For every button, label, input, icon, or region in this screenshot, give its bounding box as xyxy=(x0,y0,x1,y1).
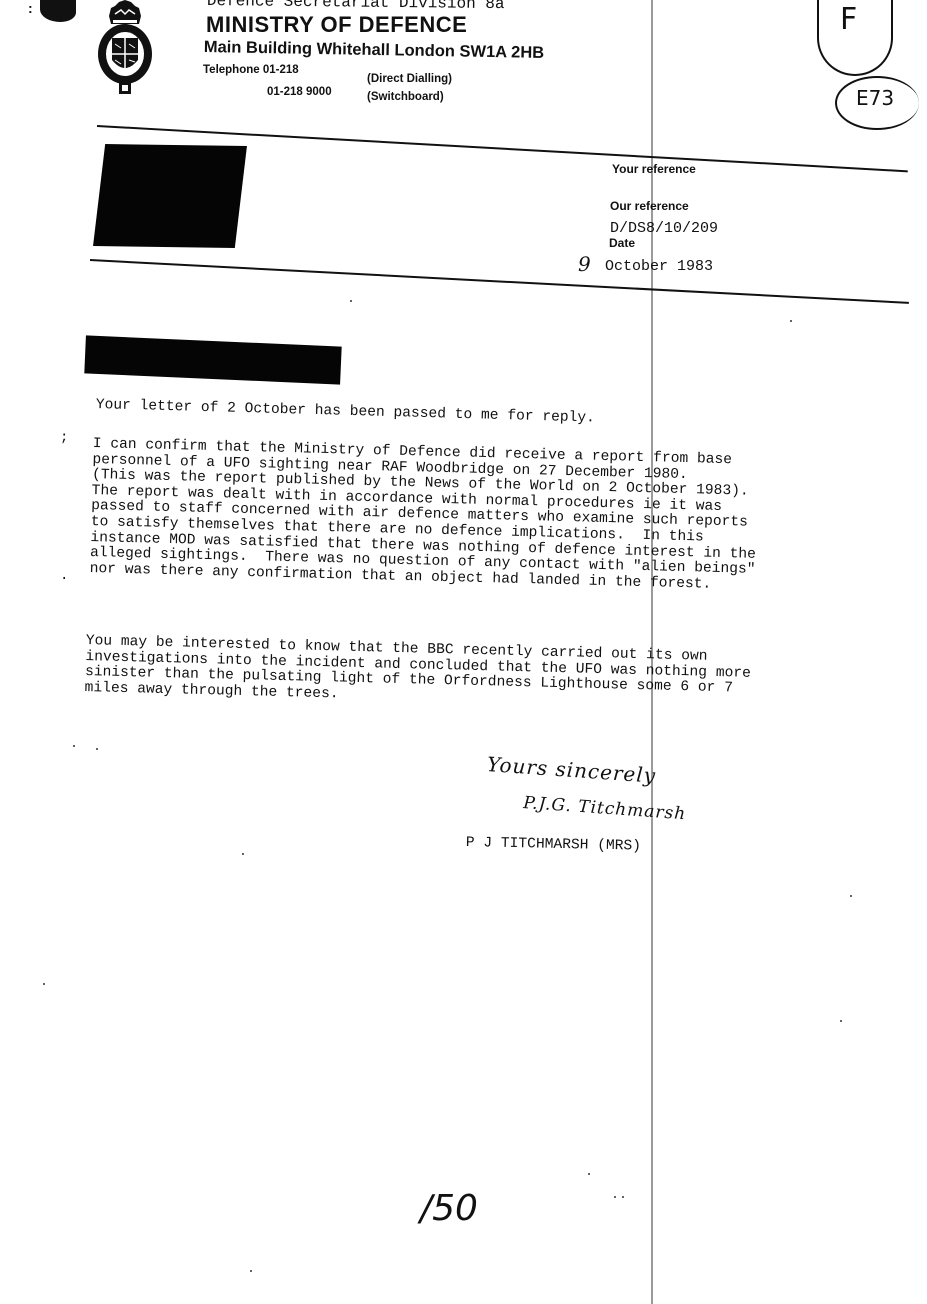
margin-semicolon: ; xyxy=(60,430,68,446)
signature: P.J.G. Titchmarsh xyxy=(523,793,687,824)
ministry-address: Main Building Whitehall London SW1A 2HB xyxy=(204,38,545,63)
redacted-recipient-address xyxy=(93,144,247,248)
scan-speck xyxy=(790,320,792,322)
date-label: Date xyxy=(609,236,635,250)
our-reference-label: Our reference xyxy=(610,199,689,213)
our-reference-value: D/DS8/10/209 xyxy=(610,220,718,237)
date-day-handwritten: 9 xyxy=(578,252,591,276)
scan-speck xyxy=(850,895,852,897)
switchboard-label: (Switchboard) xyxy=(367,91,444,103)
direct-dialling-label: (Direct Dialling) xyxy=(367,73,452,85)
date-value: October 1983 xyxy=(605,258,713,275)
valediction-handwritten: Yours sincerely xyxy=(486,752,657,788)
scan-speck xyxy=(350,300,352,302)
scan-speck xyxy=(43,983,45,985)
scan-speck xyxy=(840,1020,842,1022)
telephone-label: Telephone 01-218 xyxy=(203,64,299,76)
header-rule-bottom xyxy=(90,259,909,304)
your-reference-label: Your reference xyxy=(612,162,696,176)
margin-dot: . xyxy=(60,568,68,584)
ink-blot xyxy=(40,0,76,22)
body-paragraph-1: Your letter of 2 October has been passed… xyxy=(96,398,595,427)
margin-dots: : xyxy=(28,0,33,16)
scan-speck xyxy=(73,745,75,747)
folio-number: /50 xyxy=(420,1188,478,1229)
scan-speck xyxy=(96,748,98,750)
annotation-letter: F xyxy=(840,2,857,37)
body-paragraph-2: I can confirm that the Ministry of Defen… xyxy=(89,437,758,594)
royal-crest-icon xyxy=(95,0,155,96)
scan-speck xyxy=(588,1173,590,1175)
scan-speck xyxy=(250,1270,252,1272)
signatory-name: P J TITCHMARSH (MRS) xyxy=(466,835,641,855)
scan-speck xyxy=(614,1196,616,1198)
redacted-salutation xyxy=(84,335,341,384)
scan-speck xyxy=(242,853,244,855)
annotation-ref: E73 xyxy=(856,86,894,110)
scan-speck xyxy=(622,1196,624,1198)
switchboard-number: 01-218 9000 xyxy=(267,86,332,98)
ministry-title: MINISTRY OF DEFENCE xyxy=(206,12,467,38)
